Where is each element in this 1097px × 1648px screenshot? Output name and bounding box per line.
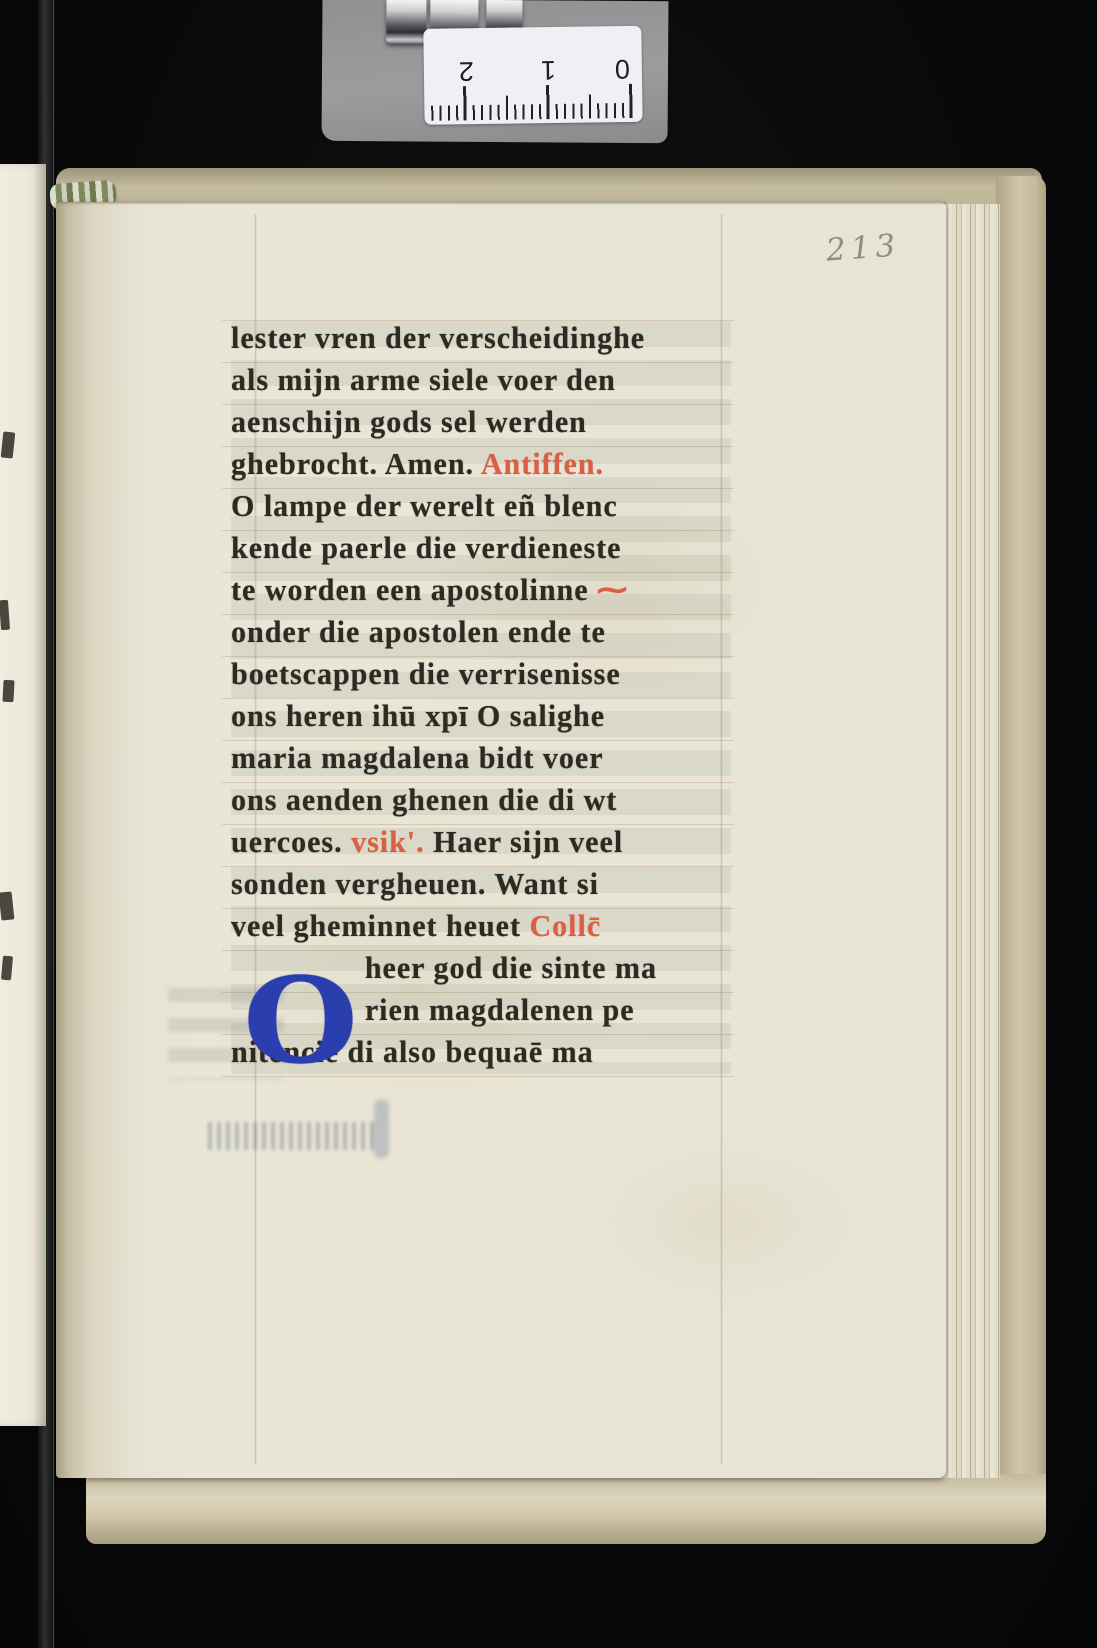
rubric-text: Antiffen. — [481, 446, 604, 481]
photograph-scene: 0 1 2 213 lester vren der verscheidinghe… — [0, 0, 1097, 1648]
text-line: te worden een apostolinne ⁓ — [231, 570, 716, 612]
binder-clip-icon — [386, 0, 426, 44]
book-cover-bottom-edge — [86, 1474, 1046, 1544]
glass-strip — [38, 0, 54, 1648]
text-line: ghebrocht. Amen. Antiffen. — [231, 444, 716, 486]
text-line: veel gheminnet heuet Collc̄ — [231, 906, 716, 948]
letter-fragment — [1, 956, 13, 981]
text-line: lester vren der verscheidinghe — [231, 318, 716, 360]
rubric-text: ⁓ — [597, 572, 628, 607]
ruler-scale: 0 1 2 — [423, 26, 642, 125]
text-line: ons aenden ghenen die di wt — [231, 780, 716, 822]
book-cover-fore-edge — [996, 176, 1046, 1528]
illuminated-initial: O — [243, 972, 375, 1072]
folio-number: 213 — [825, 227, 902, 268]
ruler-numbers: 0 1 2 — [430, 50, 632, 87]
ruler-number-2: 2 — [459, 55, 474, 86]
text-line: kende paerle die verdieneste — [231, 528, 716, 570]
page-edges-right — [938, 204, 1000, 1478]
page-top-shadow — [56, 202, 946, 205]
color-reference-card: 0 1 2 — [322, 0, 669, 143]
show-through-text — [208, 1122, 376, 1150]
text-line: sonden vergheuen. Want si — [231, 864, 716, 906]
ruler-ticks — [430, 84, 632, 121]
show-through-mark — [374, 1100, 389, 1158]
ruler-number-0: 0 — [615, 53, 630, 84]
rubric-text: Collc̄ — [529, 908, 601, 943]
text-line: boetscappen die verrisenisse — [231, 654, 716, 696]
letter-fragment — [2, 680, 14, 703]
text-line: onder die apostolen ende te — [231, 612, 716, 654]
ruler-sticker: 0 1 2 — [423, 26, 642, 125]
ruler-number-1: 1 — [541, 54, 556, 85]
text-line: als mijn arme siele voer den — [231, 360, 716, 402]
text-line: maria magdalena bidt voer — [231, 738, 716, 780]
letter-fragment — [0, 600, 10, 631]
letter-fragment — [0, 891, 14, 920]
text-line: aenschijn gods sel werden — [231, 402, 716, 444]
rubric-text: vsik'. — [351, 824, 425, 859]
text-line: uercoes. vsik'. Haer sijn veel — [231, 822, 716, 864]
letter-fragment — [1, 431, 16, 458]
text-line: ons heren ihū xpī O salighe — [231, 696, 716, 738]
text-line: O lampe der werelt eñ blenc — [231, 486, 716, 528]
